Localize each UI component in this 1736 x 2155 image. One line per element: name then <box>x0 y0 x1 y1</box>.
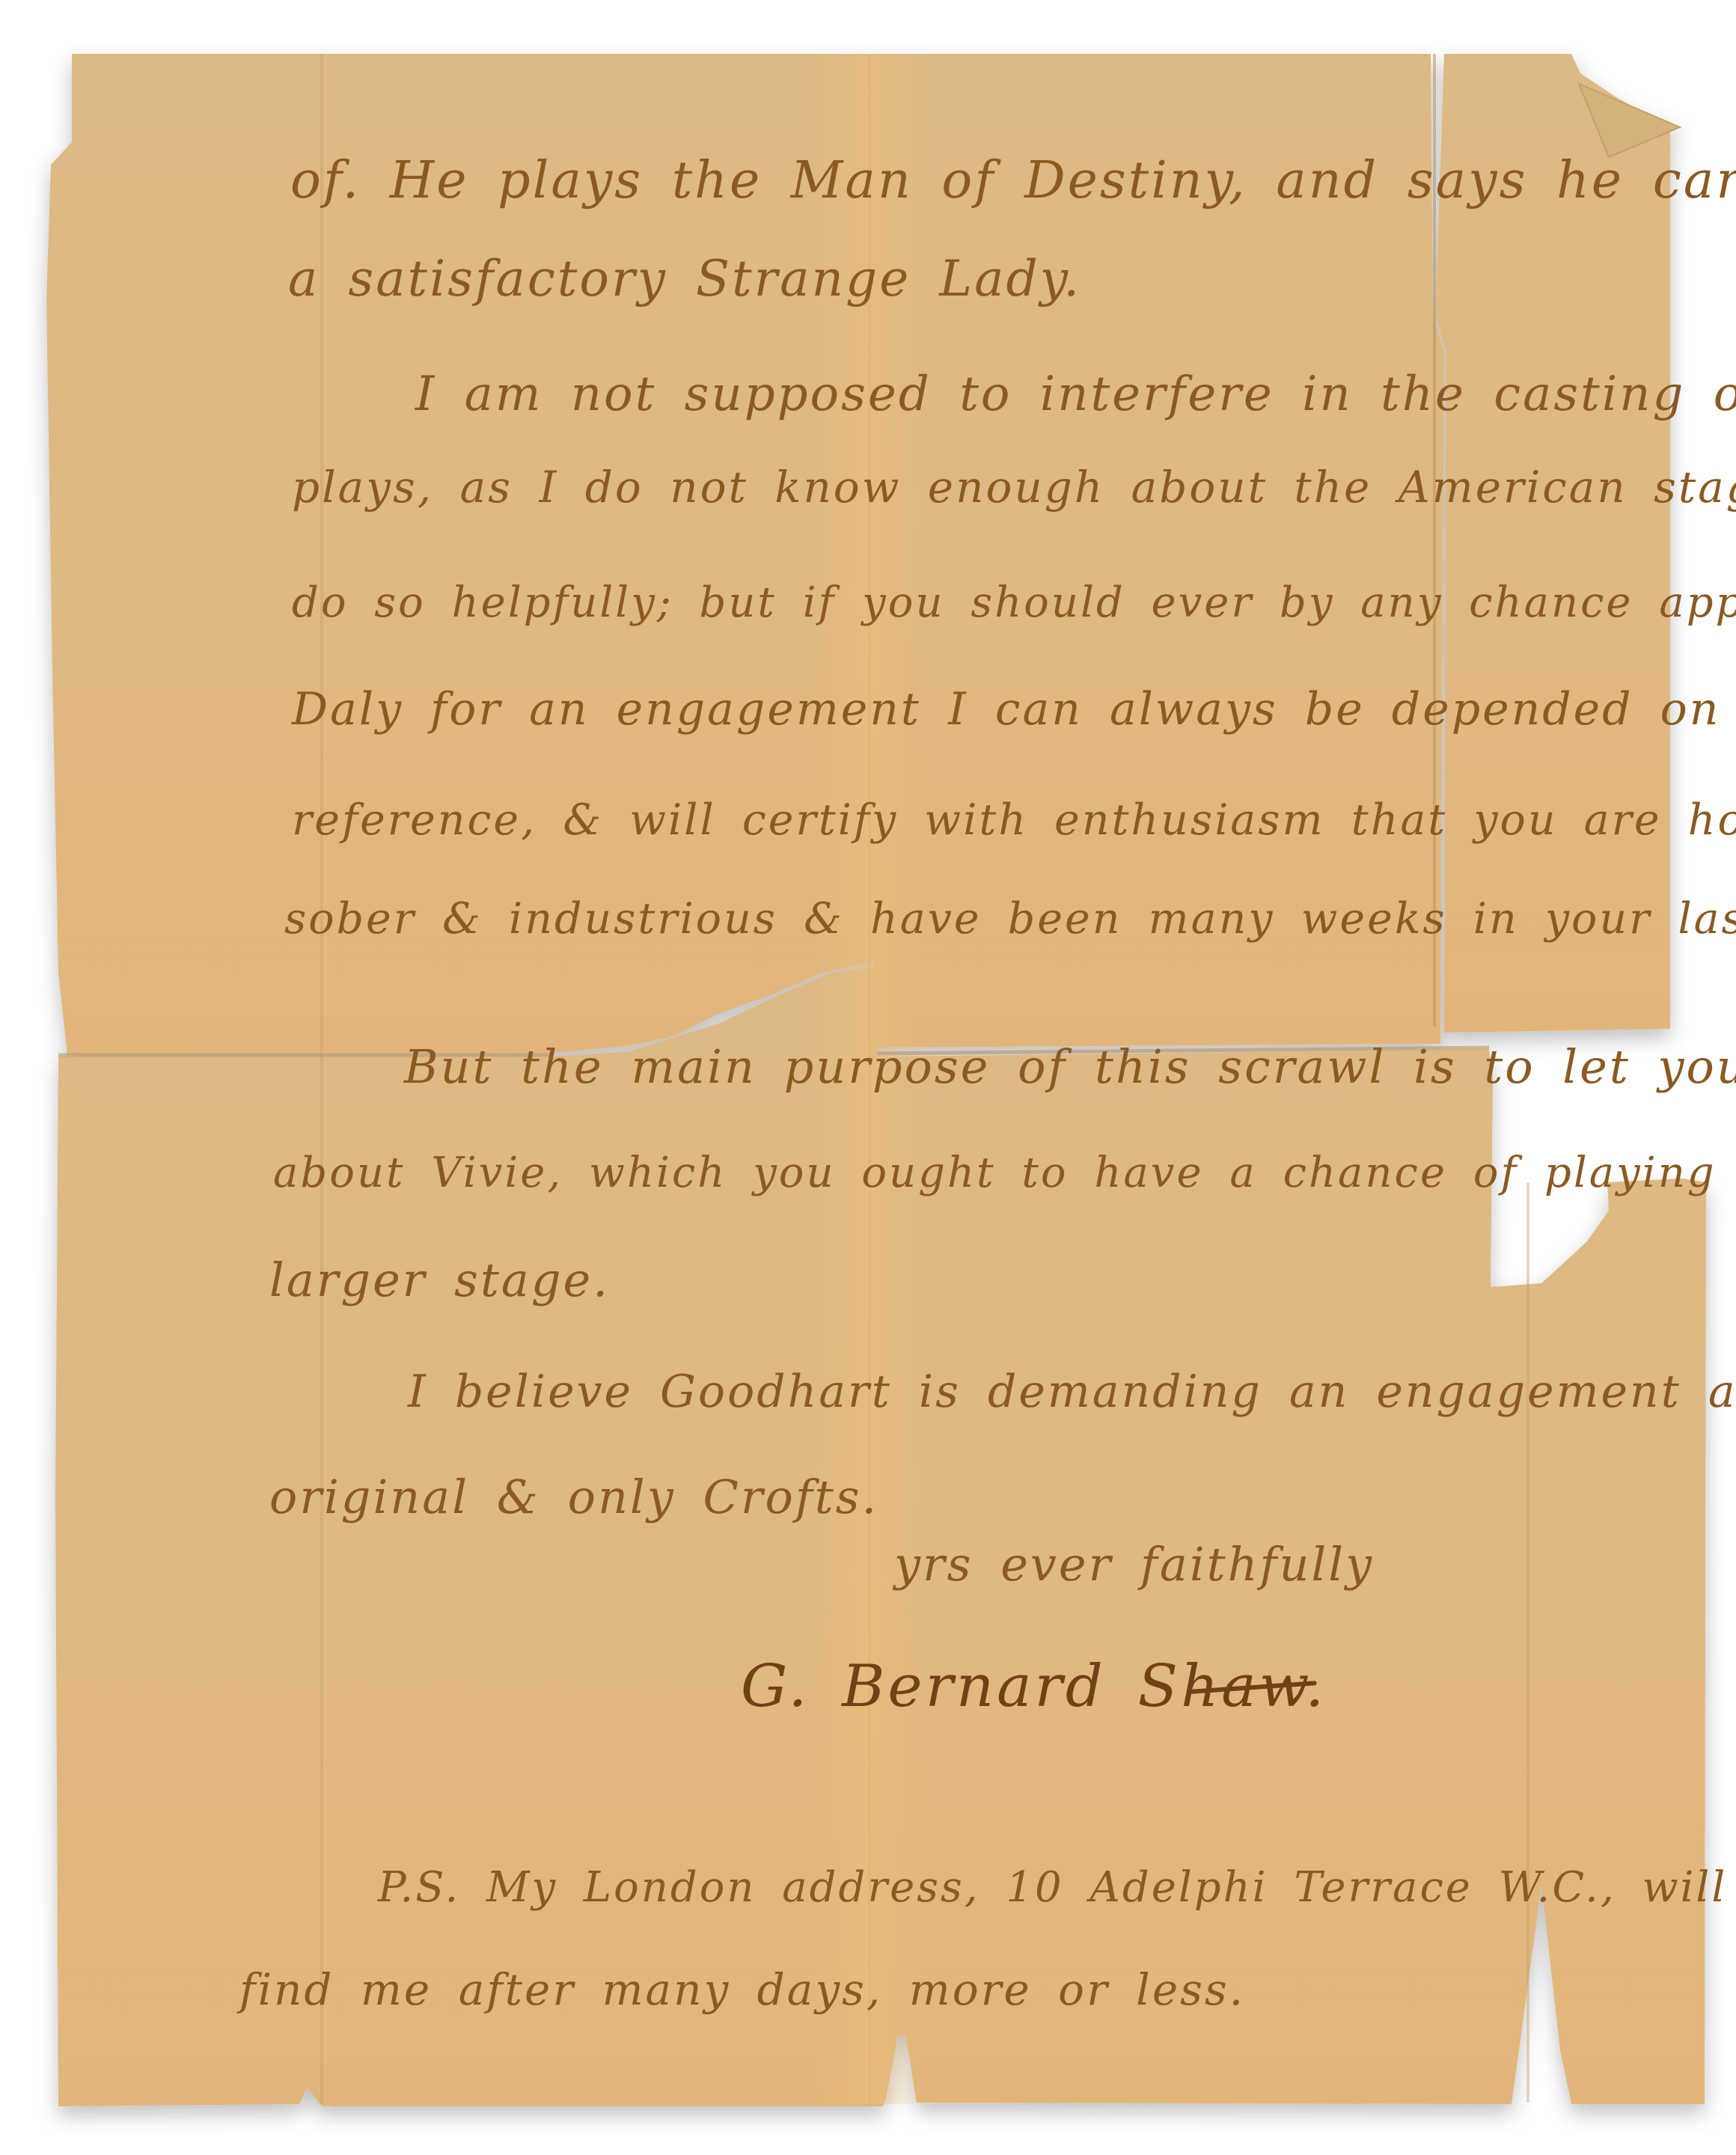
fold-line-right-lower <box>1526 1182 1529 2103</box>
letter-line-4: plays, as I do not know enough about the… <box>292 465 1736 509</box>
letter-line-6: Daly for an engagement I can always be d… <box>292 687 1736 732</box>
letter-line-11: larger stage. <box>269 1257 610 1303</box>
letter-line-8: sober & industrious & have been many wee… <box>284 898 1736 941</box>
postscript-line-1: P.S. My London address, 10 Adelphi Terra… <box>378 1867 1736 1909</box>
letter-line-9: But the main purpose of this scrawl is t… <box>404 1044 1736 1090</box>
fold-line-left <box>320 54 323 2104</box>
letter-closing: yrs ever faithfully <box>894 1541 1374 1588</box>
letter-line-12: I believe Goodhart is demanding an engag… <box>408 1369 1736 1414</box>
letter-line-10: about Vivie, which you ought to have a c… <box>273 1152 1736 1194</box>
letter-line-13: original & only Crofts. <box>269 1474 878 1520</box>
postscript-line-2: find me after many days, more or less. <box>239 1968 1245 2011</box>
letter-line-7: reference, & will certify with enthusias… <box>292 799 1736 842</box>
letter-photograph: of. He plays the Man of Destiny, and say… <box>0 0 1736 2155</box>
letter-line-5: do so helpfully; but if you should ever … <box>292 582 1736 624</box>
letter-line-3: I am not supposed to interfere in the ca… <box>415 370 1736 418</box>
letter-line-1: of. He plays the Man of Destiny, and say… <box>290 156 1736 207</box>
letter-line-2: a satisfactory Strange Lady. <box>288 254 1081 304</box>
